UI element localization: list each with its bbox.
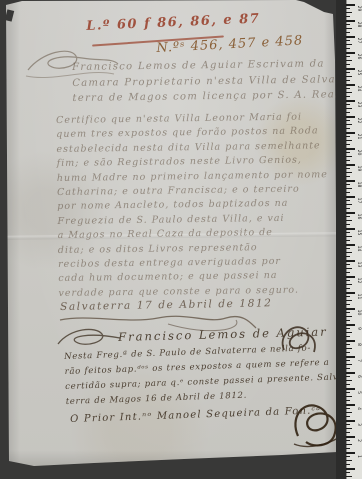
ruler-tick-cm [346,356,355,358]
ruler-tick-minor [346,60,352,61]
ruler-number: 19 [356,165,361,172]
ruler-tick-minor [346,152,350,153]
ruler-tick-cm [346,388,355,390]
ruler-tick-minor [346,412,352,413]
opening-paragraph: Francisco Lemos de Aguiar Escrivam da Ca… [72,58,362,109]
ruler-tick-minor [346,12,352,13]
ruler-number: 29 [356,5,361,12]
ruler-tick-cm [346,84,355,86]
ruler-scale: 2928272625242322212019181716151413121110… [346,0,362,479]
ruler-number: 23 [356,101,361,108]
ruler-tick-minor [346,268,352,269]
ruler-tick-minor [346,172,352,173]
ruler-number: 28 [356,21,361,28]
ruler-tick-minor [346,32,350,33]
ruler-number: 26 [356,53,361,60]
ruler-tick-minor [346,192,350,193]
ruler-tick-cm [346,100,355,102]
ruler-number: 11 [356,293,361,300]
ruler-tick-cm [346,452,355,454]
ruler-number: 3 [356,421,361,428]
ruler-tick-minor [346,72,350,73]
ruler-tick-minor [346,48,350,49]
scan-stage: L.º 60 f 86, 86, e 87 N.ºˢ 456, 457 e 45… [0,0,362,479]
ruler-tick-minor [346,332,352,333]
ruler-tick-cm [346,212,355,214]
ruler-tick-cm [346,244,355,246]
ruler-number: 15 [356,229,361,236]
ruler-tick-minor [346,284,352,285]
ruler-tick-minor [346,140,352,141]
ruler-tick-cm [346,180,355,182]
ruler-tick-minor [346,344,350,345]
ruler-tick-cm [346,68,355,70]
ruler-tick-minor [346,176,350,177]
ruler-tick-cm [346,164,355,166]
ruler-tick-cm [346,292,355,294]
ruler-tick-minor [346,288,350,289]
ruler-tick-minor [346,472,350,473]
ruler-tick-minor [346,28,352,29]
ruler-tick-cm [346,228,355,230]
ruler-tick-minor [346,400,350,401]
ruler-tick-minor [346,188,352,189]
ruler-tick-minor [346,264,350,265]
ruler-number: 5 [356,389,361,396]
ruler-number: 7 [356,357,361,364]
ruler-tick-minor [346,216,350,217]
measurement-ruler: 2928272625242322212019181716151413121110… [336,0,362,479]
ruler-tick-cm [346,196,355,198]
ruler-tick-minor [346,248,350,249]
ruler-tick-minor [346,444,352,445]
ruler-tick-cm [346,132,355,134]
ruler-number: 13 [356,261,361,268]
ruler-tick-cm [346,52,355,54]
ruler-tick-minor [346,236,352,237]
ruler-tick-minor [346,24,350,25]
ruler-tick-minor [346,80,350,81]
ruler-tick-minor [346,104,350,105]
ruler-tick-minor [346,124,352,125]
ruler-tick-cm [346,308,355,310]
ruler-tick-minor [346,252,352,253]
ruler-tick-minor [346,336,350,337]
ruler-tick-minor [346,184,350,185]
ruler-tick-minor [346,376,350,377]
ruler-number: 1 [356,453,361,460]
ruler-number: 22 [356,117,361,124]
ruler-tick-minor [346,156,352,157]
ruler-tick-minor [346,76,352,77]
ruler-tick-minor [346,232,350,233]
ruler-tick-minor [346,476,352,477]
ruler-number: 4 [356,405,361,412]
ruler-tick-minor [346,56,350,57]
ruler-tick-cm [346,260,355,262]
ruler-tick-cm [346,20,355,22]
ruler-tick-minor [346,392,350,393]
ruler-tick-minor [346,300,352,301]
ruler-number: 20 [356,149,361,156]
ruler-tick-minor [346,160,350,161]
ruler-tick-cm [346,36,355,38]
ruler-tick-minor [346,432,350,433]
ruler-tick-minor [346,88,350,89]
ruler-number: 8 [356,341,361,348]
ruler-tick-minor [346,384,350,385]
ruler-tick-minor [346,368,350,369]
ruler-tick-minor [346,96,350,97]
ruler-tick-minor [346,320,350,321]
ruler-tick-minor [346,16,350,17]
ruler-tick-minor [346,220,352,221]
ruler-number: 9 [356,325,361,332]
ruler-tick-cm [346,276,355,278]
ruler-tick-cm [346,372,355,374]
ruler-number: 14 [356,245,361,252]
ruler-tick-minor [346,460,352,461]
ruler-number: 17 [356,197,361,204]
ruler-tick-minor [346,200,350,201]
ruler-number: 24 [356,85,361,92]
ruler-number: 10 [356,309,361,316]
ruler-tick-minor [346,448,350,449]
ruler-tick-minor [346,8,350,9]
ruler-tick-minor [346,408,350,409]
ruler-tick-minor [346,108,352,109]
ruler-tick-minor [346,240,350,241]
ruler-tick-minor [346,168,350,169]
ruler-tick-minor [346,120,350,121]
ruler-tick-minor [346,64,350,65]
ruler-tick-minor [346,224,350,225]
ruler-tick-minor [346,304,350,305]
ruler-tick-minor [346,380,352,381]
ruler-tick-minor [346,128,350,129]
ruler-tick-cm [346,404,355,406]
ruler-number: 2 [356,437,361,444]
ruler-number: 27 [356,37,361,44]
ruler-number: 6 [356,373,361,380]
ruler-tick-cm [346,340,355,342]
ruler-tick-minor [346,416,350,417]
ruler-tick-minor [346,364,352,365]
ruler-tick-minor [346,136,350,137]
ruler-number: 18 [356,181,361,188]
ruler-tick-cm [346,468,355,470]
ruler-tick-minor [346,40,350,41]
ruler-tick-cm [346,436,355,438]
ruler-tick-minor [346,352,350,353]
ruler-tick-minor [346,44,352,45]
ruler-tick-minor [346,208,350,209]
ruler-tick-cm [346,420,355,422]
ruler-tick-minor [346,280,350,281]
ruler-number: 16 [356,213,361,220]
ruler-tick-minor [346,348,352,349]
ruler-tick-minor [346,316,352,317]
ruler-shadow-gap [336,0,346,479]
ruler-tick-minor [346,256,350,257]
ruler-tick-cm [346,116,355,118]
ruler-tick-minor [346,424,350,425]
ruler-tick-minor [346,112,350,113]
ruler-tick-minor [346,396,352,397]
ruler-tick-minor [346,296,350,297]
body-paragraph: Certifico que n'esta Villa Leonor Maria … [56,111,330,302]
ruler-tick-minor [346,328,350,329]
ruler-number: 25 [356,69,361,76]
ruler-tick-minor [346,204,352,205]
ruler-tick-minor [346,456,350,457]
ruler-tick-cm [346,148,355,150]
ruler-tick-minor [346,360,350,361]
ruler-tick-minor [346,92,352,93]
ruler-tick-minor [346,144,350,145]
ruler-tick-minor [346,272,350,273]
ruler-number: 21 [356,133,361,140]
ruler-tick-minor [346,312,350,313]
ruler-number: 12 [356,277,361,284]
ruler-tick-minor [346,428,352,429]
ruler-tick-cm [346,4,355,6]
ruler-tick-minor [346,440,350,441]
ruler-tick-cm [346,324,355,326]
ruler-tick-minor [346,464,350,465]
prior-rubric [288,396,342,450]
